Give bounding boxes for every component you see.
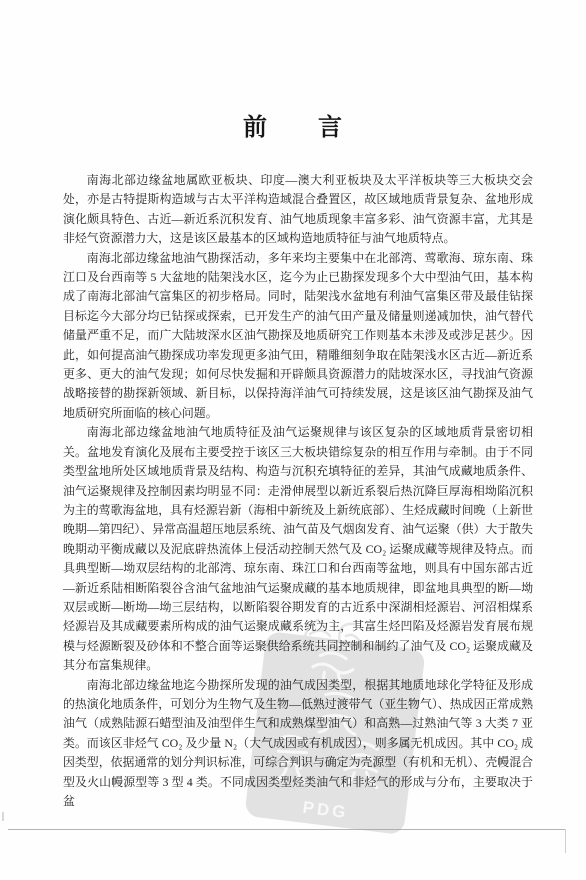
page-title: 前 言 bbox=[0, 107, 586, 142]
scan-artifact-tick-left bbox=[2, 812, 4, 821]
preface-paragraph-4: 南海北部边缘盆地迄今勘探所发现的油气成因类型，根据其地质地球化学特征及形成的热演… bbox=[63, 676, 533, 812]
preface-body: 南海北部边缘盆地属欧亚板块、印度—澳大利亚板块及太平洋板块等三大板块交会处，亦是… bbox=[63, 171, 533, 811]
preface-paragraph-3: 南海北部边缘盆地油气地质特征及油气运聚规律与该区复杂的区域地质背景密切相关。盆地… bbox=[63, 423, 533, 675]
preface-paragraph-2: 南海北部边缘盆地油气勘探活动，多年来均主要集中在北部湾、莺歌海、琼东南、珠江口及… bbox=[63, 249, 533, 424]
preface-paragraph-1: 南海北部边缘盆地属欧亚板块、印度—澳大利亚板块及太平洋板块等三大板块交会处，亦是… bbox=[63, 171, 533, 249]
scan-artifact-line bbox=[8, 829, 566, 830]
scanned-preface-page: PDG 前 言 南海北部边缘盆地属欧亚板块、印度—澳大利亚板块及太平洋板块等三大… bbox=[0, 0, 586, 880]
scan-artifact-tick-right bbox=[565, 829, 566, 853]
